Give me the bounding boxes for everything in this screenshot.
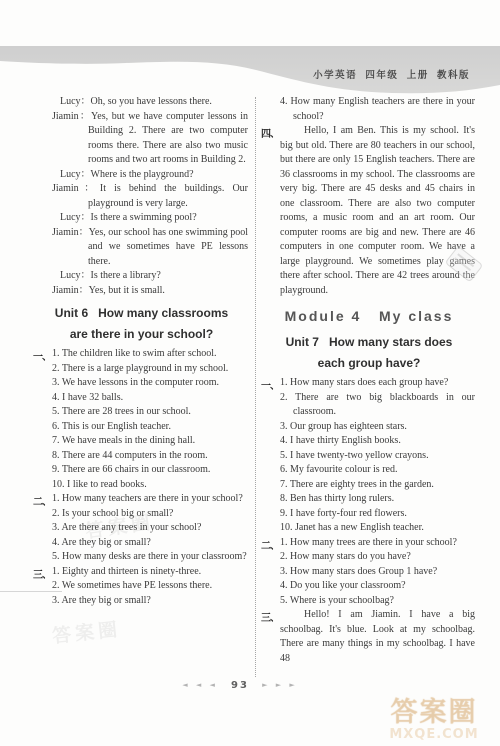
dialogue-line: Jiamin：It is behind the buildings. Our p… xyxy=(52,182,248,211)
dialogue-line: Jiamin：Yes, but it is small. xyxy=(52,284,248,299)
answer-item: 1. The children like to swim after schoo… xyxy=(52,347,248,362)
answer-item: 4. Are they big or small? xyxy=(52,536,248,551)
answer-item: 3. We have lessons in the computer room. xyxy=(52,376,248,391)
section-3: 三、 Hello! I am Jiamin. I have a big scho… xyxy=(263,608,475,666)
answer-item: 3. Our group has eighteen stars. xyxy=(280,420,475,435)
unit6-heading: Unit 6 How many classroomsare there in y… xyxy=(35,303,248,344)
answer-item: 5. There are 28 trees in our school. xyxy=(52,405,248,420)
answer-item: 10. Janet has a new English teacher. xyxy=(280,521,475,536)
dialogue-line: Lucy：Is there a library? xyxy=(60,269,248,284)
answer-item: 7. We have meals in the dining hall. xyxy=(52,434,248,449)
answer-item: 5. How many desks are there in your clas… xyxy=(52,550,248,565)
answer-paragraph: Hello, I am Ben. This is my school. It's… xyxy=(280,124,475,298)
site-watermark: 答案圈 MXQE.COM xyxy=(374,698,494,742)
section-marker: 二、 xyxy=(261,537,279,552)
answer-item: 2. There is a large playground in my sch… xyxy=(52,362,248,377)
section-marker: 一、 xyxy=(33,348,51,363)
dialogue-line: Jiamin：Yes, but we have computer lessons… xyxy=(52,110,248,168)
answer-paragraph: Hello! I am Jiamin. I have a big schoolb… xyxy=(280,608,475,666)
section-3: 三、 1. Eighty and thirteen is ninety-thre… xyxy=(35,565,248,609)
answer-item: 9. There are 66 chairs in our classroom. xyxy=(52,463,248,478)
unit7-heading: Unit 7 How many stars doeseach group hav… xyxy=(263,332,475,373)
answer-item: 10. I like to read books. xyxy=(52,478,248,493)
page-number: 93 xyxy=(231,680,249,691)
answer-item: 8. There are 44 computers in the room. xyxy=(52,449,248,464)
page-footer: ◄ ◄ ◄ 93 ► ► ► xyxy=(105,680,375,691)
next-page-arrows-icon: ► ► ► xyxy=(262,681,298,689)
answer-item: 6. My favourite colour is red. xyxy=(280,463,475,478)
unit7-heading-line1: Unit 7 How many stars does xyxy=(286,335,453,349)
unit7-heading-line2: each group have? xyxy=(318,356,421,370)
answer-item: 1. How many teachers are there in your s… xyxy=(52,492,248,507)
answer-item: 1. How many stars does each group have? xyxy=(280,376,475,391)
watermark-url: MXQE.COM xyxy=(374,728,494,742)
dialogue-line: Jiamin：Yes, our school has one swimming … xyxy=(52,226,248,270)
answer-item: 9. I have forty-four red flowers. xyxy=(280,507,475,522)
left-column: Lucy：Oh, so you have lessons there. Jiam… xyxy=(35,95,248,677)
scan-artifact-line xyxy=(0,591,62,592)
answer-item: 4. I have 32 balls. xyxy=(52,391,248,406)
answer-item: 6. This is our English teacher. xyxy=(52,420,248,435)
answer-item: 1. How many trees are there in your scho… xyxy=(280,536,475,551)
section-2: 二、 1. How many teachers are there in you… xyxy=(35,492,248,565)
answer-item: 8. Ben has thirty long rulers. xyxy=(280,492,475,507)
answer-item: 2. There are two big blackboards in our … xyxy=(280,391,475,420)
section-marker: 一、 xyxy=(261,377,279,392)
column-divider xyxy=(255,97,256,677)
dialogue-line: Lucy：Where is the playground? xyxy=(60,168,248,183)
section-4: 四、 Hello, I am Ben. This is my school. I… xyxy=(263,124,475,298)
page-content: Lucy：Oh, so you have lessons there. Jiam… xyxy=(35,95,475,677)
answer-item: 2. We sometimes have PE lessons there. xyxy=(52,579,248,594)
dialogue-line: Lucy：Is there a swimming pool? xyxy=(60,211,248,226)
answer-item: 3. Are there any trees in your school? xyxy=(52,521,248,536)
watermark-logo: 答案圈 xyxy=(374,698,494,728)
section-1: 一、 1. How many stars does each group hav… xyxy=(263,376,475,536)
dialogue-line: Lucy：Oh, so you have lessons there. xyxy=(60,95,248,110)
section-marker: 二、 xyxy=(33,493,51,508)
answer-item: 5. I have twenty-two yellow crayons. xyxy=(280,449,475,464)
module4-heading: Module 4 My class xyxy=(263,305,475,327)
answer-item: 7. There are eighty trees in the garden. xyxy=(280,478,475,493)
answer-item: 2. Is your school big or small? xyxy=(52,507,248,522)
prev-page-arrows-icon: ◄ ◄ ◄ xyxy=(182,681,218,689)
answer-item: 5. Where is your schoolbag? xyxy=(280,594,475,609)
book-edition-title: 小学英语 四年级 上册 教科版 xyxy=(313,67,470,81)
unit6-heading-line2: are there in your school? xyxy=(70,327,213,341)
answer-item: 4. Do you like your classroom? xyxy=(280,579,475,594)
section-2: 二、 1. How many trees are there in your s… xyxy=(263,536,475,609)
answer-item: 3. How many stars does Group 1 have? xyxy=(280,565,475,580)
answer-item: 2. How many stars do you have? xyxy=(280,550,475,565)
answer-item: 3. Are they big or small? xyxy=(52,594,248,609)
unit6-heading-line1: Unit 6 How many classrooms xyxy=(55,306,228,320)
right-column: 4. How many English teachers are there i… xyxy=(263,95,475,677)
answer-item: 4. I have thirty English books. xyxy=(280,434,475,449)
section-1: 一、 1. The children like to swim after sc… xyxy=(35,347,248,492)
answer-item: 1. Eighty and thirteen is ninety-three. xyxy=(52,565,248,580)
section-marker: 三、 xyxy=(33,566,51,581)
section-marker: 三、 xyxy=(261,609,279,624)
answer-item: 4. How many English teachers are there i… xyxy=(280,95,475,124)
section-marker: 四、 xyxy=(261,125,279,140)
